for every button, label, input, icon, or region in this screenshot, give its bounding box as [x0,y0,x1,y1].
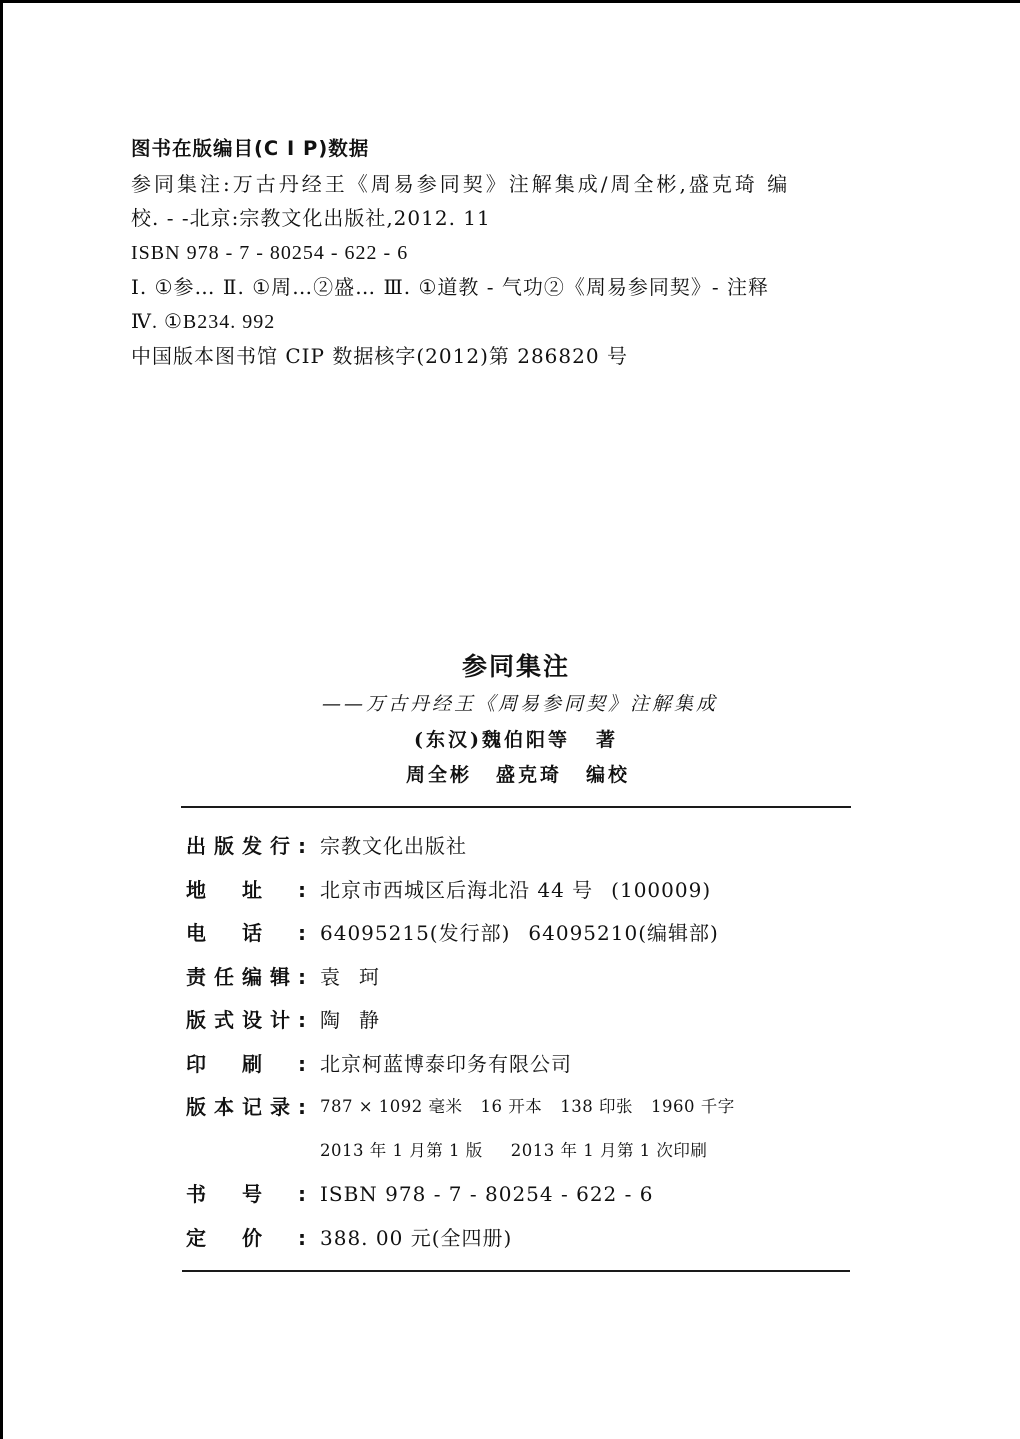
word-count: 1960 千字 [651,1097,735,1116]
cip-data-block: 图书在版编目(C I P)数据 参同集注:万古丹经王《周易参同契》注解集成/周全… [131,132,891,374]
cip-line-publisher: 校. - -北京:宗教文化出版社,2012. 11 [131,201,891,236]
imprint-label-price: 定价: [186,1219,312,1257]
divider-top [181,806,851,808]
imprint-value-phone: 64095215(发行部)64095210(编辑部) [320,914,719,952]
imprint-label-editor-in-charge: 责任编辑: [186,958,312,996]
phone-editorial: 64095210(编辑部) [528,921,718,945]
book-subtitle: ——万古丹经王《周易参同契》注解集成 [300,688,740,720]
page-border-left [0,0,3,1439]
book-author: (东汉)魏伯阳等 [414,729,570,751]
imprint-row-publisher: 出版发行: 宗教文化出版社 [186,827,866,871]
imprint-value-edition-dates: 2013 年 1 月第 1 版2013 年 1 月第 1 次印刷 [320,1132,707,1170]
imprint-row-layout-design: 版式设计: 陶静 [186,1001,866,1045]
imprint-label-layout-design: 版式设计: [186,1001,312,1039]
edition: 2013 年 1 月第 1 版 [320,1141,483,1160]
page-border-top [0,0,1020,3]
size: 16 开本 [481,1097,543,1116]
book-editor-2: 盛克琦 [496,764,562,786]
imprint-row-phone: 电话: 64095215(发行部)64095210(编辑部) [186,914,866,958]
imprint-value-layout-design: 陶静 [320,1001,380,1039]
book-title: 参同集注 [0,650,1020,684]
phone-distribution: 64095215(发行部) [320,921,510,945]
imprint-row-address: 地址: 北京市西城区后海北沿 44 号(100009) [186,871,866,915]
cip-line-title: 参同集注:万古丹经王《周易参同契》注解集成/周全彬,盛克琦 编 [131,167,891,202]
imprint-row-printer: 印刷: 北京柯蓝博泰印务有限公司 [186,1045,866,1089]
address-text: 北京市西城区后海北沿 44 号 [320,878,593,902]
printing: 2013 年 1 月第 1 次印刷 [511,1141,708,1160]
imprint-table: 出版发行: 宗教文化出版社 地址: 北京市西城区后海北沿 44 号(100009… [186,827,866,1262]
book-editor-role: 编校 [586,764,630,786]
imprint-value-address: 北京市西城区后海北沿 44 号(100009) [320,871,711,909]
imprint-label-phone: 电话: [186,914,312,952]
imprint-label-publisher: 出版发行: [186,827,312,865]
imprint-value-isbn: ISBN 978 - 7 - 80254 - 622 - 6 [320,1175,653,1213]
cip-line-isbn: ISBN 978 - 7 - 80254 - 622 - 6 [131,236,891,271]
imprint-value-editor-in-charge: 袁珂 [320,958,380,996]
format: 787 × 1092 毫米 [320,1097,463,1116]
imprint-value-publisher: 宗教文化出版社 [320,827,467,865]
cip-line-cip-number: 中国版本图书馆 CIP 数据核字(2012)第 286820 号 [131,339,891,374]
address-postcode: (100009) [611,878,711,902]
imprint-row-edition-dates: 2013 年 1 月第 1 版2013 年 1 月第 1 次印刷 [186,1132,866,1176]
cip-heading: 图书在版编目(C I P)数据 [131,132,891,167]
imprint-value-price: 388. 00 元(全四册) [320,1219,512,1257]
imprint-label-isbn: 书号: [186,1175,312,1213]
book-editors-line: 周全彬盛克琦编校 [0,759,1020,791]
divider-bottom [182,1270,850,1272]
imprint-label-printer: 印刷: [186,1045,312,1083]
imprint-value-printer: 北京柯蓝博泰印务有限公司 [320,1045,572,1083]
cip-line-class-number: Ⅳ. ①B234. 992 [131,305,891,340]
imprint-row-editor-in-charge: 责任编辑: 袁珂 [186,958,866,1002]
sheets: 138 印张 [560,1097,633,1116]
imprint-label-edition-record: 版本记录: [186,1088,312,1126]
imprint-label-address: 地址: [186,871,312,909]
imprint-row-edition-record: 版本记录: 787 × 1092 毫米16 开本138 印张1960 千字 [186,1088,866,1132]
imprint-row-price: 定价: 388. 00 元(全四册) [186,1219,866,1263]
book-author-role: 著 [596,729,618,751]
book-author-line: (东汉)魏伯阳等著 [0,724,1020,756]
book-editor-1: 周全彬 [406,764,472,786]
cip-line-classification: Ⅰ. ①参… Ⅱ. ①周…②盛… Ⅲ. ①道教 - 气功②《周易参同契》- 注释 [131,270,891,305]
imprint-value-format: 787 × 1092 毫米16 开本138 印张1960 千字 [320,1088,735,1126]
imprint-row-isbn: 书号: ISBN 978 - 7 - 80254 - 622 - 6 [186,1175,866,1219]
